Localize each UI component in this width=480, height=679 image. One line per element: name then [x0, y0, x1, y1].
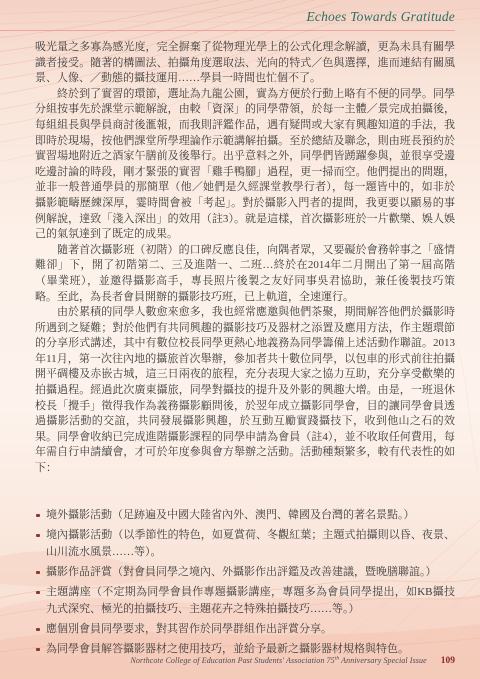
page-number: 109 [441, 656, 455, 666]
list-item-text: 應個別會員同學要求，對其習作於同學群組作出評賞分享。 [46, 623, 332, 635]
bullet-icon [36, 514, 40, 518]
paragraph: 隨著首次攝影班（初階）的口碑反應良佳，向隅者眾，又要礙於會務幹事之「盛情難卻」下… [35, 243, 455, 305]
list-item-text: 境內攝影活動（以季節性的特色，如夏賞荷、冬觀紅葉；主題式拍攝則以昏、夜景、山川流… [46, 529, 455, 558]
list-item-text: 攝影作品評賞（對會員同學之境內、外攝影作出評鑑及改善建議，暨晚膳聯誼。） [46, 566, 437, 578]
list-item: 境內攝影活動（以季節性的特色，如夏賞荷、冬觀紅葉；主題式拍攝則以昏、夜景、山川流… [35, 527, 455, 561]
bullet-icon [36, 571, 40, 575]
paragraph: 由於累積的同學人數愈來愈多，我也經常應邀與他們茶聚，期間解答他們於攝影時所遇到之… [35, 305, 455, 477]
article-body: 吸光量之多寡為感光度，完全摒棄了從物理光學上的公式化理念解讀，更為未具有關學識者… [35, 40, 455, 658]
publication-title-rest: Anniversary Special Issue [339, 656, 427, 665]
header-divider [0, 30, 455, 31]
list-item: 境外攝影活動（足跡遍及中國大陸省內外、澳門、韓國及台灣的著名景點。） [35, 507, 455, 524]
bullet-icon [36, 534, 40, 538]
paragraph: 終於到了實習的環節，選址為九龍公園，實為方便於行動上略有不便的同學。同學分組按事… [35, 87, 455, 243]
publication-title: Northcote College of Education Past Stud… [131, 656, 427, 665]
list-item-text: 主題講座（不定期為同學會員作專題攝影講座，專題多為會員同學提出，如KB攝技九式深… [46, 586, 455, 615]
publication-title-main: Northcote College of Education Past Stud… [131, 656, 335, 665]
paragraph-continuation: 吸光量之多寡為感光度，完全摒棄了從物理光學上的公式化理念解讀，更為未具有關學識者… [35, 40, 455, 87]
list-item-text: 境外攝影活動（足跡遍及中國大陸省內外、澳門、韓國及台灣的著名景點。） [46, 509, 415, 521]
bullet-icon [36, 628, 40, 632]
bullet-icon [36, 591, 40, 595]
list-item: 應個別會員同學要求，對其習作於同學群組作出評賞分享。 [35, 621, 455, 638]
bullet-icon [36, 648, 40, 652]
page-footer: Northcote College of Education Past Stud… [131, 650, 456, 668]
activity-list: 境外攝影活動（足跡遍及中國大陸省內外、澳門、韓國及台灣的著名景點。） 境內攝影活… [35, 507, 455, 658]
page-header: Echoes Towards Gratitude [0, 0, 480, 31]
page-header-title: Echoes Towards Gratitude [0, 9, 455, 25]
list-item: 主題講座（不定期為同學會員作專題攝影講座，專題多為會員同學提出，如KB攝技九式深… [35, 584, 455, 618]
magazine-page: Echoes Towards Gratitude 吸光量之多寡為感光度，完全摒棄… [0, 0, 480, 679]
list-item: 攝影作品評賞（對會員同學之境內、外攝影作出評鑑及改善建議，暨晚膳聯誼。） [35, 564, 455, 581]
